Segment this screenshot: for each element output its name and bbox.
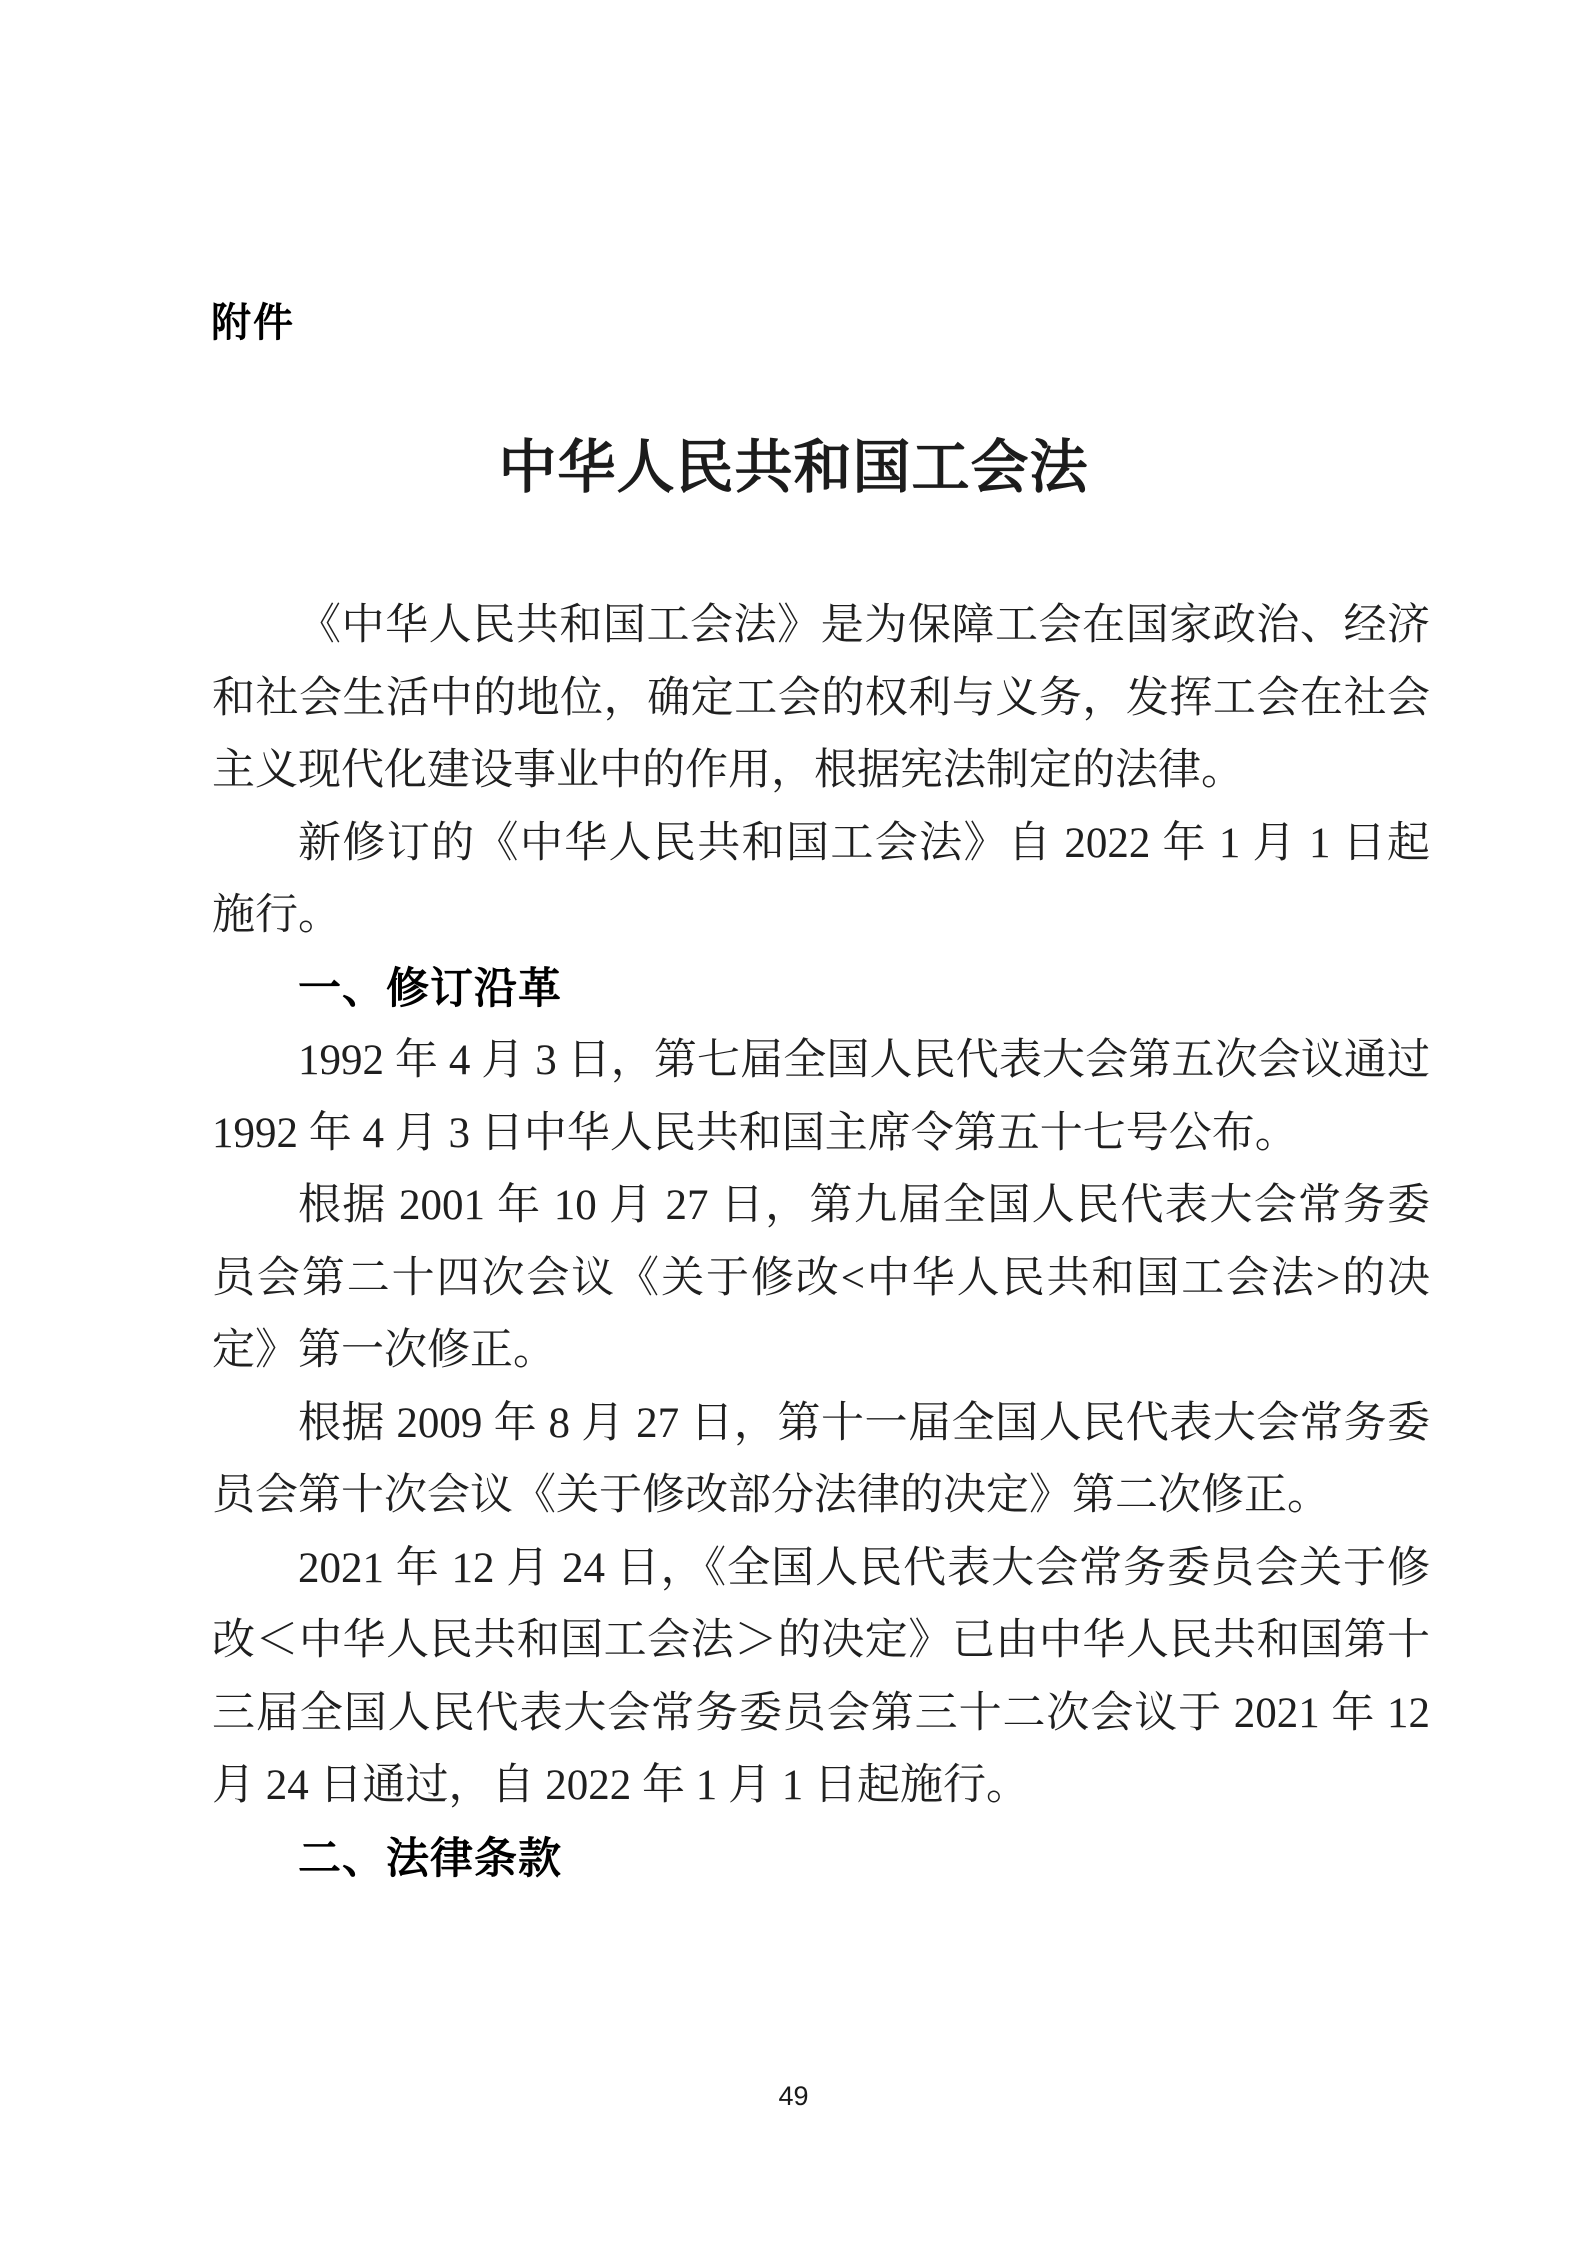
attachment-label: 附件 bbox=[211, 296, 295, 350]
paragraph-revision-2009: 根据 2009 年 8 月 27 日，第十一届全国人民代表大会常务委员会第十次会… bbox=[212, 1388, 1430, 1533]
paragraph-intro-effective-date: 新修订的《中华人民共和国工会法》自 2022 年 1 月 1 日起施行。 bbox=[212, 808, 1430, 953]
paragraph-intro-purpose: 《中华人民共和国工会法》是为保障工会在国家政治、经济和社会生活中的地位，确定工会… bbox=[212, 590, 1430, 808]
paragraph-revision-2001: 根据 2001 年 10 月 27 日，第九届全国人民代表大会常务委员会第二十四… bbox=[212, 1170, 1430, 1388]
paragraph-revision-1992: 1992 年 4 月 3 日，第七届全国人民代表大会第五次会议通过 1992 年… bbox=[212, 1025, 1430, 1170]
paragraph-revision-2021: 2021 年 12 月 24 日，《全国人民代表大会常务委员会关于修改＜中华人民… bbox=[212, 1533, 1430, 1823]
section-heading-legal-provisions: 二、法律条款 bbox=[212, 1823, 1430, 1896]
document-body: 《中华人民共和国工会法》是为保障工会在国家政治、经济和社会生活中的地位，确定工会… bbox=[212, 590, 1430, 1895]
page-number: 49 bbox=[0, 2080, 1587, 2112]
document-title: 中华人民共和国工会法 bbox=[0, 433, 1587, 503]
section-heading-revision-history: 一、修订沿革 bbox=[212, 953, 1430, 1026]
document-page: 附件 中华人民共和国工会法 《中华人民共和国工会法》是为保障工会在国家政治、经济… bbox=[0, 0, 1587, 2245]
